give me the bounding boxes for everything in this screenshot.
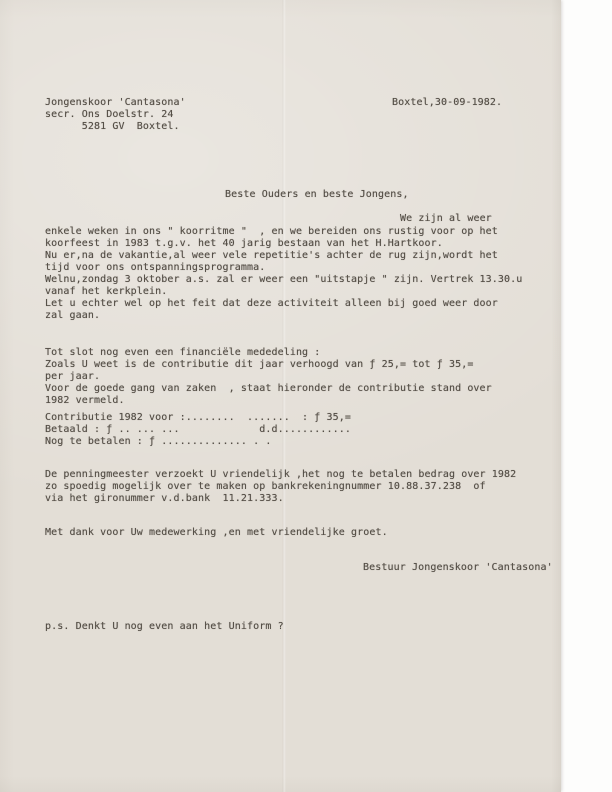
- letter-paper: Jongenskoor 'Cantasona' secr. Ons Doelst…: [0, 0, 561, 792]
- body-line: zo spoedig mogelijk over te maken op ban…: [45, 481, 516, 493]
- intro-lead-line: We zijn al weer: [400, 213, 492, 225]
- paragraph-financial-note: Tot slot nog even een financiële mededel…: [45, 347, 492, 407]
- paid-line: Betaald : ƒ .. ... ... d.d............: [45, 424, 351, 436]
- body-line: Let u echter wel op het feit dat deze ac…: [45, 298, 522, 310]
- body-line: tijd voor ons ontspanningsprogramma.: [45, 262, 522, 274]
- body-line: Nu er,na de vakantie,al weer vele repeti…: [45, 250, 522, 262]
- body-line: De penningmeester verzoekt U vriendelijk…: [45, 469, 516, 481]
- signature: Bestuur Jongenskoor 'Cantasona': [363, 562, 553, 574]
- letter-date: Boxtel,30-09-1982.: [392, 97, 502, 109]
- body-line: per jaar.: [45, 371, 492, 383]
- contribution-form-block: Contributie 1982 voor :........ ....... …: [45, 412, 351, 448]
- body-line: koorfeest in 1983 t.g.v. het 40 jarig be…: [45, 238, 522, 250]
- body-line: Welnu,zondag 3 oktober a.s. zal er weer …: [45, 274, 522, 286]
- body-line: vanaf het kerkplein.: [45, 286, 522, 298]
- outstanding-line: Nog te betalen : ƒ .............. . .: [45, 436, 351, 448]
- salutation: Beste Ouders en beste Jongens,: [225, 189, 409, 201]
- body-line: enkele weken in ons " koorritme " , en w…: [45, 226, 522, 238]
- body-line: Voor de goede gang van zaken , staat hie…: [45, 383, 492, 395]
- sender-name: Jongenskoor 'Cantasona': [45, 97, 186, 109]
- sender-city: 5281 GV Boxtel.: [45, 121, 186, 133]
- closing-thanks: Met dank voor Uw medewerking ,en met vri…: [45, 527, 388, 539]
- contribution-line: Contributie 1982 voor :........ ....... …: [45, 412, 351, 424]
- body-line: zal gaan.: [45, 310, 522, 322]
- paragraph-choir-news: enkele weken in ons " koorritme " , en w…: [45, 226, 522, 322]
- body-line: Zoals U weet is de contributie dit jaar …: [45, 359, 492, 371]
- scan-background: Jongenskoor 'Cantasona' secr. Ons Doelst…: [0, 0, 612, 792]
- body-line: via het gironummer v.d.bank 11.21.333.: [45, 493, 516, 505]
- sender-address-block: Jongenskoor 'Cantasona' secr. Ons Doelst…: [45, 97, 186, 133]
- body-line: Tot slot nog even een financiële mededel…: [45, 347, 492, 359]
- body-line: 1982 vermeld.: [45, 395, 492, 407]
- sender-street: secr. Ons Doelstr. 24: [45, 109, 186, 121]
- postscript: p.s. Denkt U nog even aan het Uniform ?: [45, 621, 284, 633]
- paragraph-payment-request: De penningmeester verzoekt U vriendelijk…: [45, 469, 516, 505]
